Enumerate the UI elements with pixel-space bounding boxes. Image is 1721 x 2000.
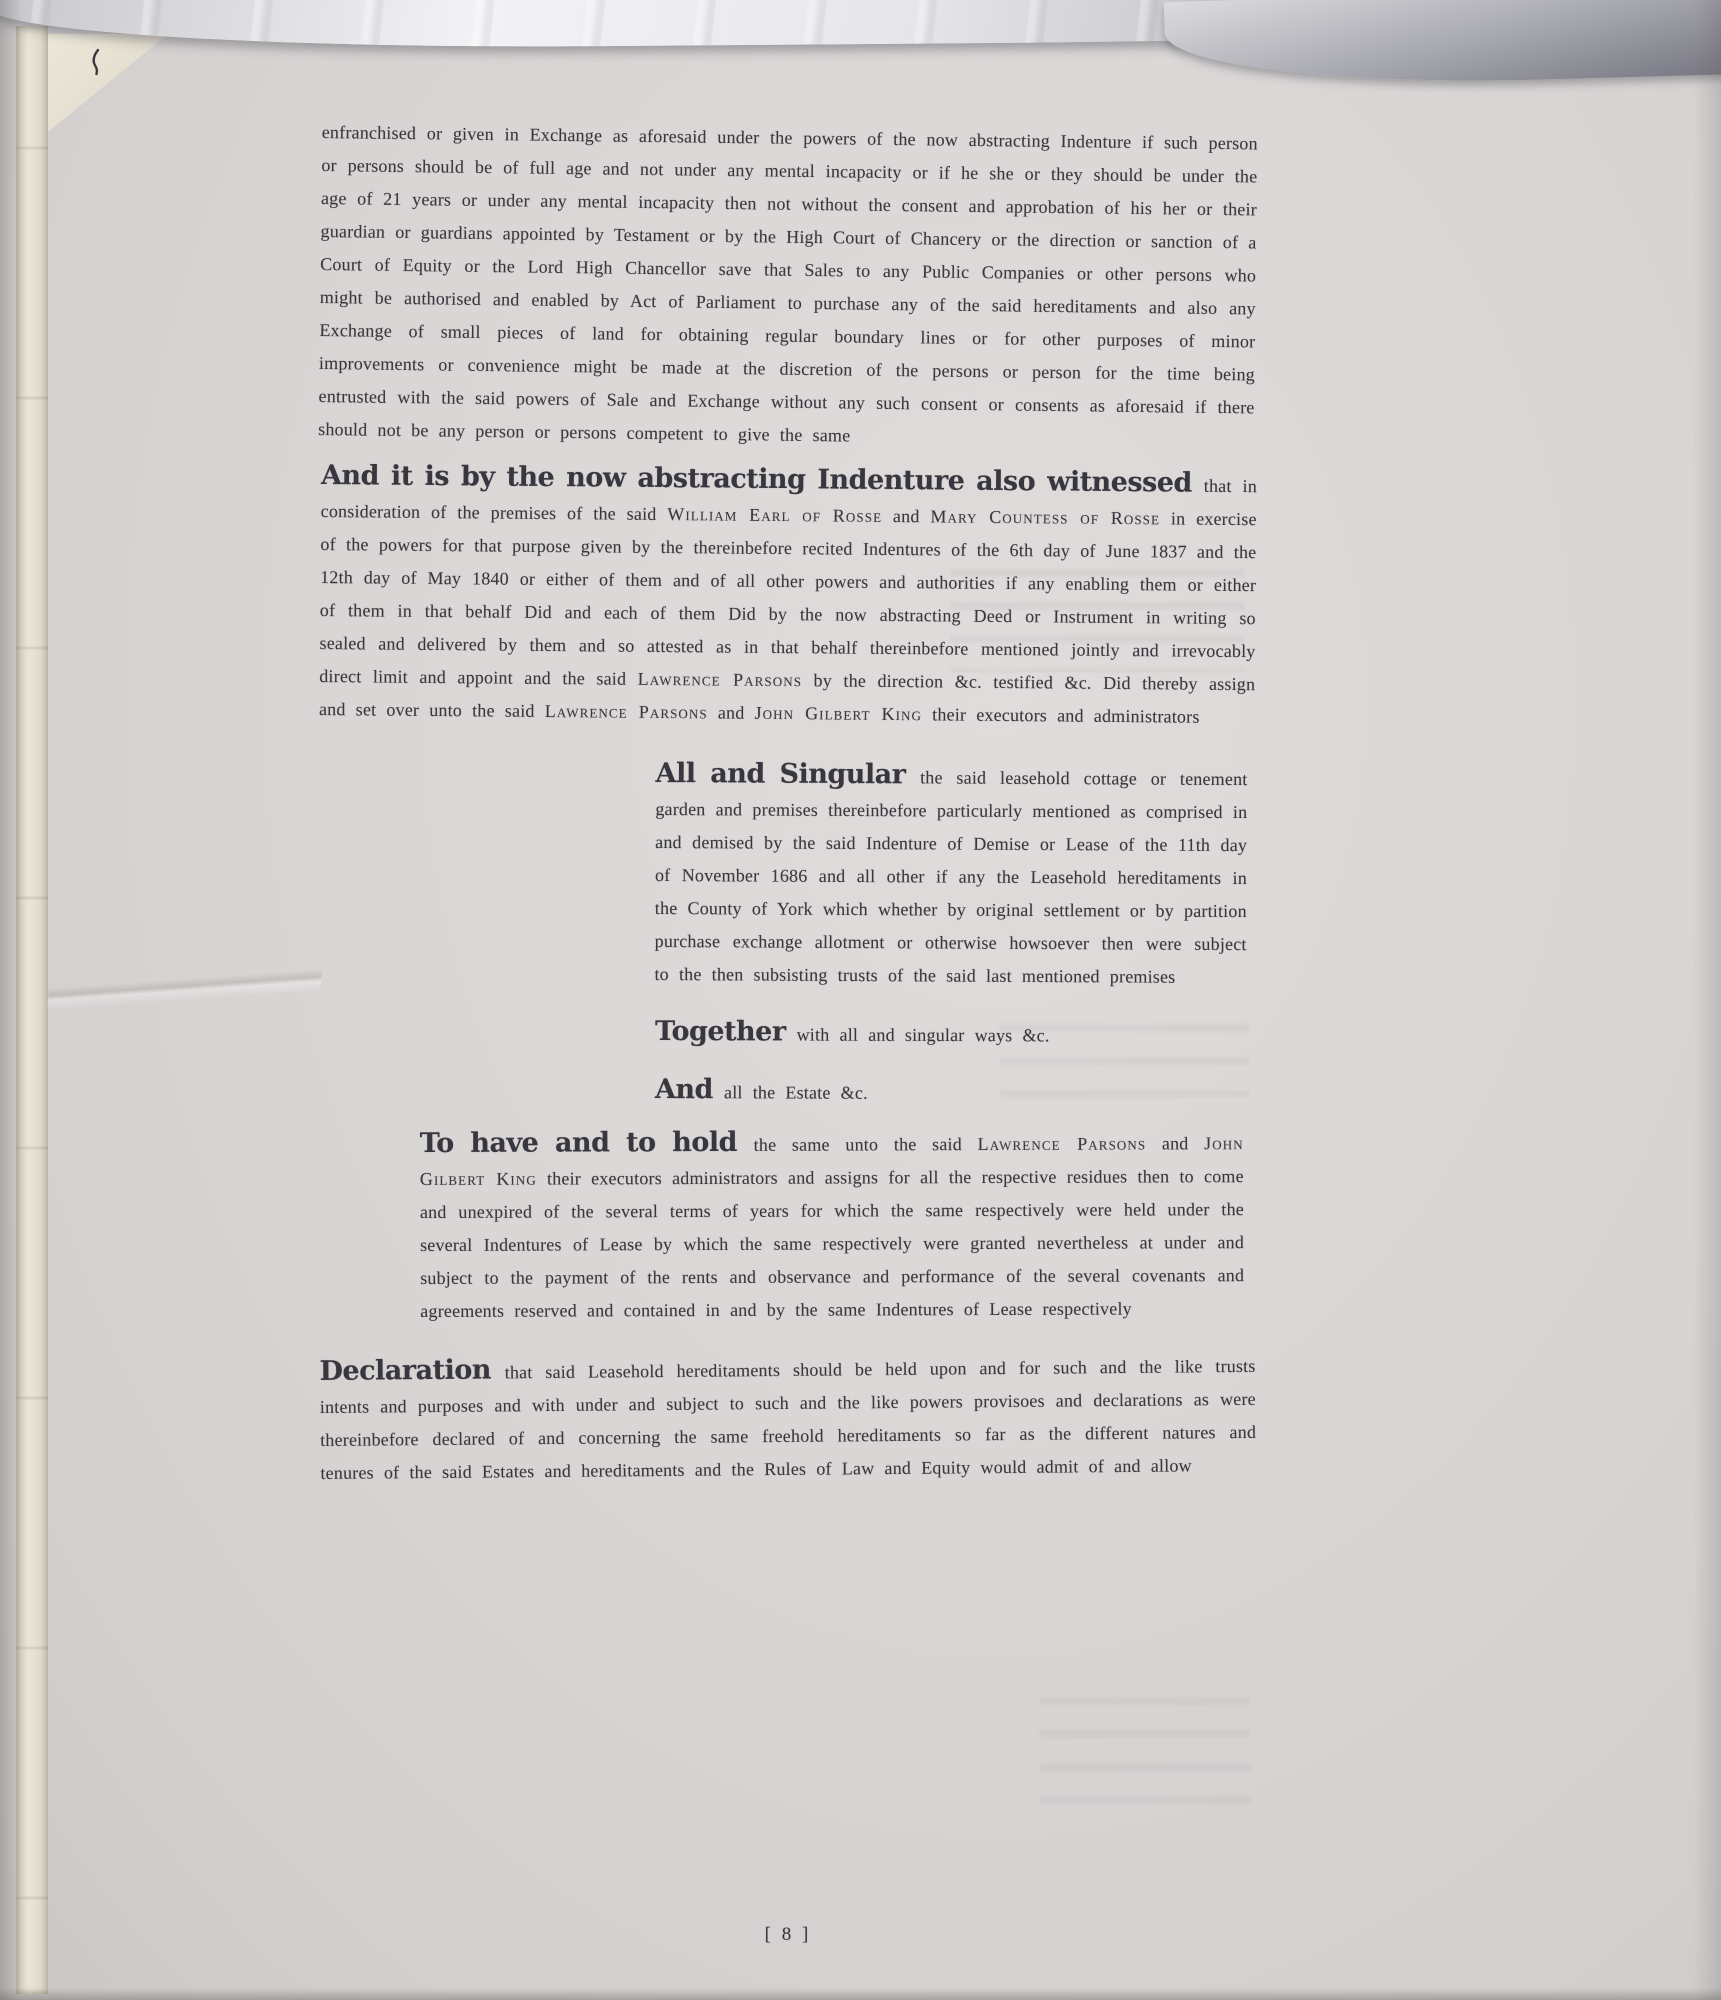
and-estate-clause: And all the Estate &c. — [655, 1076, 1247, 1111]
ink-bleed-through — [1040, 1688, 1250, 1813]
clause-text: and — [708, 702, 755, 722]
blackletter-heading-text: Declaration — [319, 1354, 504, 1387]
right-edge-shadow — [1693, 0, 1721, 2000]
clause-text: all the Estate &c. — [724, 1082, 868, 1103]
opening-continuation-paragraph: enfranchised or given in Exchange as afo… — [318, 116, 1258, 457]
blackletter-heading-text: All and Singular — [655, 758, 920, 790]
together-clause: Together with all and singular ways &c. — [655, 1018, 1247, 1053]
clause-text: Mary Countess of Rosse — [930, 506, 1160, 528]
page-number: [ 8 ] — [320, 1924, 1256, 1946]
handwritten-mark — [88, 48, 106, 78]
clause-text: Lawrence Parsons — [978, 1133, 1147, 1154]
clause-text: William Earl of Rosse — [667, 504, 882, 526]
clause-text: Lawrence Parsons — [638, 669, 803, 690]
clause-text: their executors administrators and assig… — [420, 1166, 1244, 1321]
clause-text: John Gilbert King — [754, 703, 922, 724]
witnessing-clause: And it is by the now abstracting Indentu… — [319, 462, 1257, 734]
clause-text: and — [1146, 1133, 1204, 1153]
blackletter-heading-text: Together — [655, 1016, 797, 1047]
blackletter-heading-text: To have and to hold — [420, 1127, 754, 1159]
scanned-document-photo: enfranchised or given in Exchange as afo… — [0, 0, 1721, 2000]
clause-text: the said leasehold cottage or tenement g… — [654, 767, 1247, 986]
declaration-clause: Declaration that said Leasehold heredita… — [319, 1350, 1256, 1490]
blackletter-heading-text: And — [655, 1074, 724, 1105]
bottom-edge-shadow — [0, 1988, 1721, 2000]
clause-text: the same unto the said — [754, 1134, 978, 1155]
blackletter-heading-text: And it is by the now abstracting Indentu… — [321, 460, 1204, 499]
clause-text: their executors and administrators — [922, 704, 1200, 726]
habendum-clause: To have and to hold the same unto the sa… — [420, 1127, 1245, 1328]
clause-text: in exercise of the powers for that purpo… — [319, 508, 1257, 688]
all-and-singular-clause: All and Singular the said leasehold cott… — [654, 760, 1247, 994]
clause-text: with all and singular ways &c. — [797, 1024, 1050, 1045]
clause-text: and — [882, 506, 930, 526]
left-edge-shadow — [0, 0, 22, 2000]
clause-text: Lawrence Parsons — [545, 701, 708, 722]
